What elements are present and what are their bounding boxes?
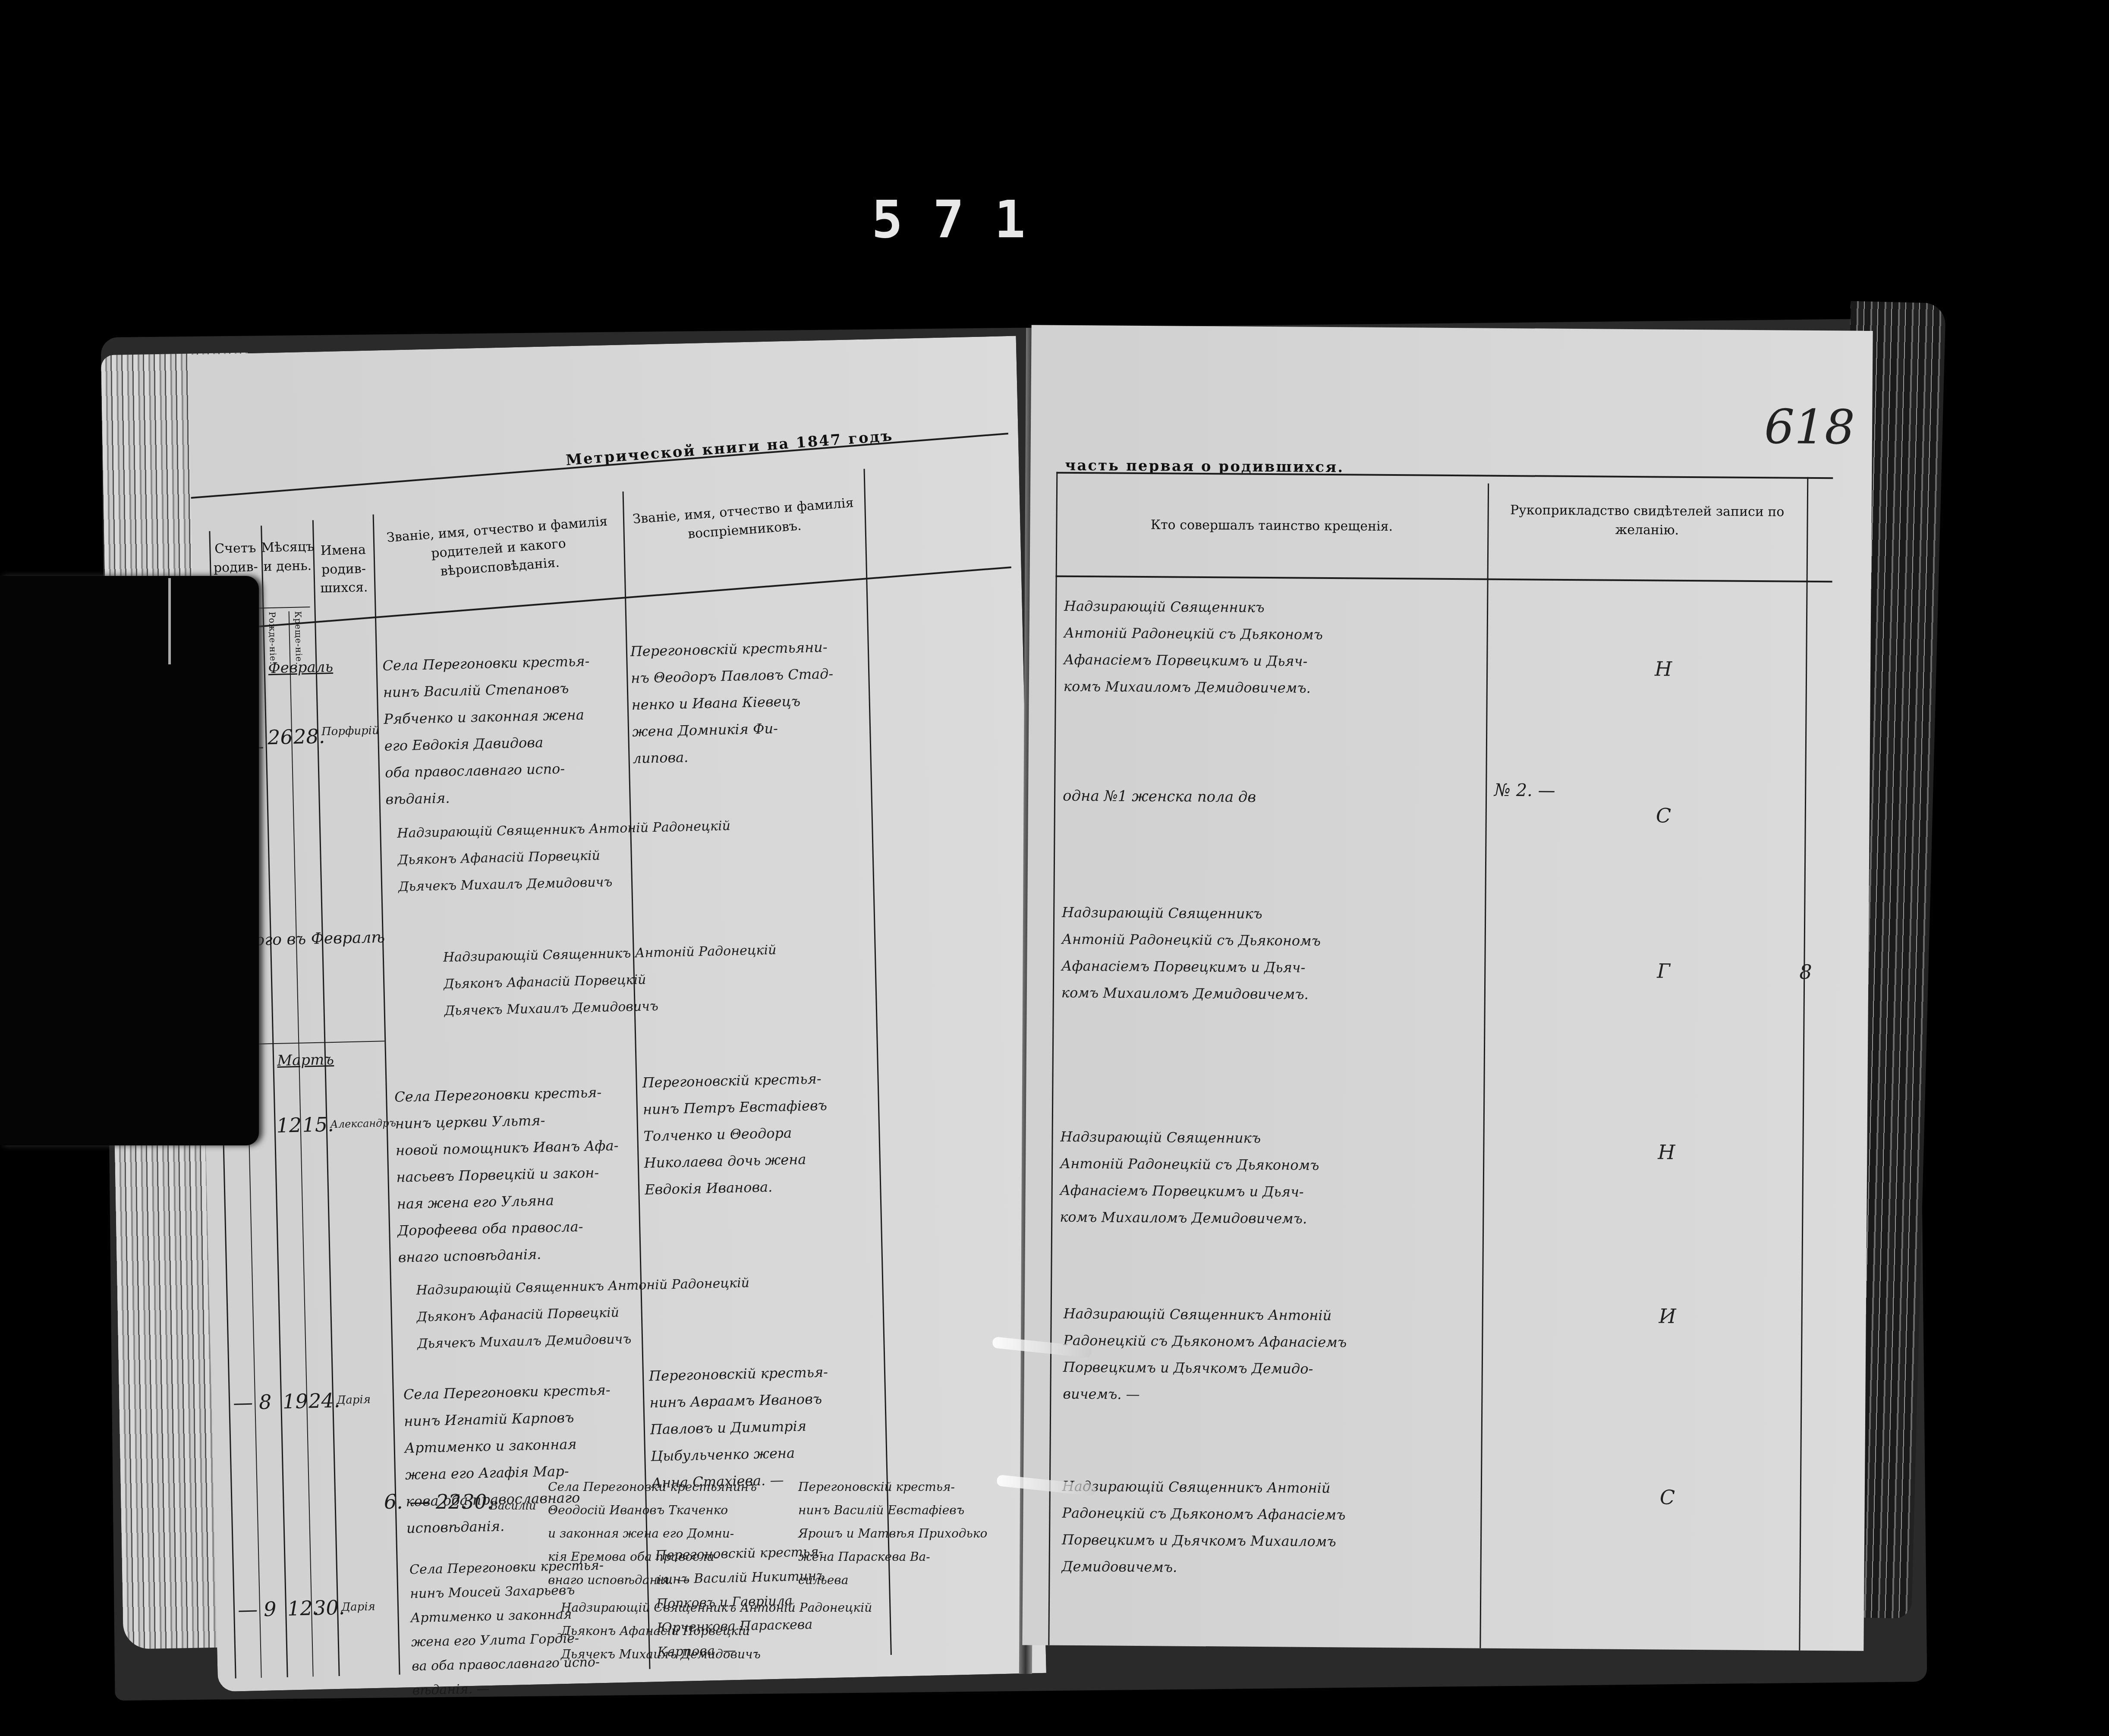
- margin-mark: И: [1659, 1304, 1677, 1327]
- left-page-header: Метрической книги на 1847 годъ: [565, 427, 894, 469]
- scanner-clamp-edge: [168, 578, 171, 664]
- entry-baptism-day: 24.: [308, 1387, 340, 1415]
- baptized-by-entry: Надзирающій Священникъ Антоній Радонецкі…: [1061, 1473, 1476, 1583]
- col-rule: [1799, 477, 1808, 1651]
- col-header-names: Имена родив-шихся.: [315, 541, 372, 598]
- col-rule: [1479, 484, 1489, 1648]
- margin-mark: Г: [1657, 959, 1670, 982]
- entry-birth-day: 26: [268, 723, 293, 751]
- summary-signatures: Надзирающій Священникъ Антоній Радонецкі…: [443, 934, 876, 1025]
- entry-child-name: Дарія: [341, 1593, 375, 1621]
- entry-female-number: 9: [263, 1595, 277, 1623]
- entry-male-number: 6.: [384, 1488, 403, 1515]
- entry-male-number: —: [233, 1389, 253, 1416]
- month-summary-count: № 2. —: [1494, 777, 1555, 804]
- baptized-by-entry: Надзирающій Священникъ Антоній Радонецкі…: [1060, 1123, 1475, 1233]
- baptized-by-entry: Надзирающій Священникъ Антоній Радонецкі…: [1063, 1300, 1478, 1410]
- entry-baptism-day: 15.: [302, 1111, 334, 1138]
- archive-frame-number: 571: [872, 190, 1056, 250]
- col-header-witness-signatures: Рукоприкладство свидѣтелей записи по жел…: [1496, 501, 1798, 541]
- entry-child-name: Дарія: [336, 1386, 371, 1414]
- entry-clergy-signatures: Надзирающій Священникъ Антоній Радонецкі…: [561, 1596, 992, 1666]
- entry-parents: Села Перегоновки крестья- нинъ церкви Ул…: [394, 1078, 645, 1271]
- margin-mark: Н: [1658, 1140, 1675, 1164]
- baptized-by-entry: Надзирающій Священникъ Антоній Радонецкі…: [1064, 593, 1479, 703]
- col-rule: [1048, 472, 1058, 1645]
- far-right-mark: 8: [1799, 960, 1812, 984]
- page-number: 618: [1764, 399, 1855, 455]
- entry-clergy-signatures: Надзирающій Священникъ Антоній Радонецкі…: [397, 810, 873, 901]
- entry-godparents: Перегоновскій крестьяни- нъ Θеодоръ Павл…: [630, 632, 875, 772]
- entry-child-name: Александръ: [330, 1110, 396, 1138]
- header-top-rule: [191, 433, 1008, 499]
- entry-parents: Села Перегоновки крестьянинъ Θеодосій Ив…: [548, 1475, 790, 1592]
- entry-female-number: —: [410, 1488, 430, 1515]
- entry-godparents: Перегоновскій крестья- нинъ Василій Евст…: [798, 1475, 1014, 1592]
- margin-mark: С: [1660, 1485, 1675, 1509]
- baptized-by-entry: Надзирающій Священникъ Антоній Радонецкі…: [1061, 899, 1476, 1009]
- col-header-month-day: Мѣсяцъ и день.: [261, 538, 314, 576]
- entry-baptism-day: 30.: [313, 1594, 345, 1622]
- entry-birth-day: 12: [276, 1112, 302, 1139]
- entry-month: Февраль: [268, 654, 334, 682]
- col-header-godparents: Званіе, имя, отчество и фамилія воспріем…: [631, 494, 857, 548]
- margin-mark: С: [1656, 804, 1671, 827]
- month-summary-note: одна №1 женска пола дв: [1063, 783, 1256, 811]
- col-rule: [312, 520, 340, 1676]
- entry-birth-day: 19: [282, 1387, 308, 1415]
- col-header-parents: Званіе, имя, отчество и фамилія родителе…: [380, 512, 617, 585]
- header-bottom-rule: [1056, 576, 1832, 583]
- scanner-clamp: [0, 576, 259, 1145]
- entry-baptism-day: 30.: [462, 1488, 493, 1515]
- entry-godparents: Перегоновскій крестья- нинъ Петръ Евстаф…: [642, 1064, 887, 1203]
- entry-baptism-day: 28.: [293, 723, 326, 750]
- entry-child-name: Порфирій: [321, 717, 379, 745]
- entry-female-number: 8: [259, 1388, 272, 1415]
- margin-mark: Н: [1655, 657, 1672, 680]
- header-top-rule: [1056, 472, 1833, 479]
- entry-month: Мартъ: [277, 1046, 334, 1074]
- col-header-baptized-by: Кто совершалъ таинство крещенія.: [1064, 515, 1479, 537]
- entry-parents: Села Перегоновки крестья- нинъ Василій С…: [382, 647, 632, 813]
- entry-child-name: Василій: [490, 1493, 536, 1519]
- col-rule: [289, 611, 314, 1676]
- right-page: часть первая о родившихся. 618 Кто совер…: [1022, 325, 1873, 1651]
- col-rule: [261, 525, 288, 1677]
- entry-male-number: —: [237, 1596, 258, 1623]
- entry-clergy-signatures: Надзирающій Священникъ Антоній Радонецкі…: [416, 1267, 892, 1358]
